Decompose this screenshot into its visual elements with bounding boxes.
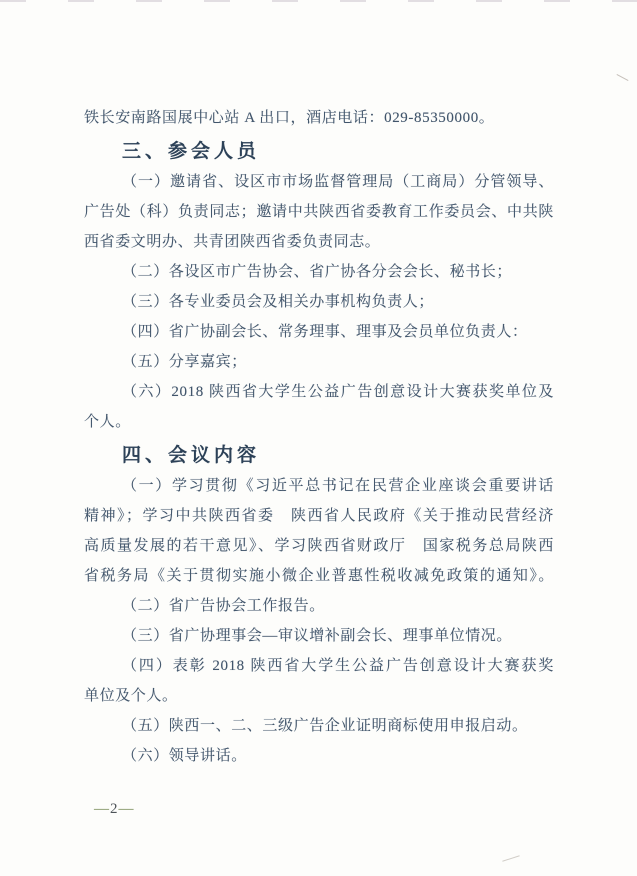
page-number-value: 2 (110, 801, 119, 817)
text-line: （三）各专业委员会及相关办事机构负责人； (84, 287, 554, 317)
text-line: （六）领导讲话。 (84, 741, 554, 771)
text-line: （四）表彰 2018 陕西省大学生公益广告创意设计大赛获奖 (84, 651, 554, 681)
text-line: （一）学习贯彻《习近平总书记在民营企业座谈会重要讲话 (84, 471, 554, 501)
text-line: （六）2018 陕西省大学生公益广告创意设计大赛获奖单位及 (84, 377, 554, 407)
text-line: 高质量发展的若干意见》、学习陕西省财政厅 国家税务总局陕西 (84, 531, 554, 561)
text-line: （二）省广告协会工作报告。 (84, 591, 554, 621)
text-line: （三）省广协理事会—审议增补副会长、理事单位情况。 (84, 621, 554, 651)
intro-line: 铁长安南路国展中心站 A 出口，酒店电话：029-85350000。 (84, 103, 554, 133)
text-line: 西省委文明办、共青团陕西省委负责同志。 (84, 227, 554, 257)
section-heading-agenda: 四、会议内容 (84, 441, 554, 471)
text-line: 精神》；学习中共陕西省委 陕西省人民政府《关于推动民营经济 (84, 501, 554, 531)
scanned-document-page: 铁长安南路国展中心站 A 出口，酒店电话：029-85350000。 三、参会人… (0, 0, 637, 876)
text-line: （四）省广协副会长、常务理事、理事及会员单位负责人： (84, 317, 554, 347)
page-number-dash-right: — (119, 801, 135, 817)
section-heading-attendees: 三、参会人员 (84, 137, 554, 167)
text-line: 省税务局《关于贯彻实施小微企业普惠性税收减免政策的通知》。 (84, 561, 554, 591)
text-line: （二）各设区市广告协会、省广协各分会会长、秘书长； (84, 257, 554, 287)
page-number-dash-left: — (94, 801, 110, 817)
text-line: （五）陕西一、二、三级广告企业证明商标使用申报启动。 (84, 711, 554, 741)
text-line: 单位及个人。 (84, 681, 554, 711)
text-line: 个人。 (84, 407, 554, 437)
text-line: （五）分享嘉宾； (84, 347, 554, 377)
text-line: （一）邀请省、设区市市场监督管理局（工商局）分管领导、 (84, 167, 554, 197)
scan-artifact-top-edge (0, 0, 637, 2)
document-body: 铁长安南路国展中心站 A 出口，酒店电话：029-85350000。 三、参会人… (84, 103, 554, 771)
text-line: 广告处（科）负责同志；邀请中共陕西省委教育工作委员会、中共陕 (84, 197, 554, 227)
scan-scratch-mark (617, 74, 629, 81)
page-number: —2— (94, 800, 135, 818)
scan-scratch-mark (502, 855, 519, 862)
